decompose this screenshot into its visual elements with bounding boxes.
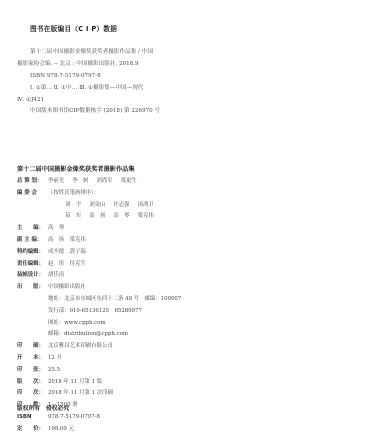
deputy-editor-label: 副 主 编：	[17, 235, 48, 247]
cip-line: ISBN 978-7-5179-0797-8	[17, 71, 177, 83]
address-row: 地址：北京市东城区东四十二条 48 号 邮编：100007	[17, 294, 217, 306]
contributing-editor: 成丕德 郭子瑞	[48, 247, 86, 259]
committee-members-row: 苗 实高 扬高 琴梁克伟	[17, 211, 217, 223]
person-name: 刘 宇	[65, 200, 81, 212]
sheets-label: 印 张：	[17, 365, 48, 377]
sheets: 25.5	[48, 365, 60, 377]
person-name: 梁克伟	[138, 211, 154, 223]
printer-label: 印 刷：	[17, 341, 48, 353]
chief-editor-label: 主 编：	[17, 223, 48, 235]
committee-label: 编 委 会	[17, 188, 48, 200]
planners-row: 总 策 划： 李前光李 舸刘尚军郑更生	[17, 176, 217, 188]
copyright-notice: 版权所有 侵权必究	[17, 403, 69, 412]
website-row: 网址：www.cpph.com	[17, 318, 217, 330]
cip-line: 第十二届中国摄影金像奖获奖者摄影作品集 / 中国	[17, 47, 177, 59]
isbn-label: ISBN	[17, 412, 48, 424]
cip-heading: 图书在版编目（C I P）数据	[30, 23, 117, 33]
cip-data-block: 第十二届中国摄影金像奖获奖者摄影作品集 / 中国 摄影家协会编. -- 北京 :…	[17, 47, 177, 118]
person-name: 高 琴	[113, 211, 129, 223]
person-name: 郑更生	[121, 176, 137, 188]
printer: 北京雅昌艺术印刷有限公司	[48, 341, 113, 353]
impression: 2018 年 11 月第 1 次印刷	[48, 388, 113, 400]
responsible-editor-label: 责任编辑：	[17, 259, 48, 271]
chief-editor-row: 主 编： 高 琴	[17, 223, 217, 235]
person-name: 许志强	[113, 200, 129, 212]
cip-line: 中国版本图书馆CIP数据核字 (2018) 第 226970 号	[17, 106, 177, 118]
deputy-editor-row: 副 主 编： 高 扬 梁克伟	[17, 235, 217, 247]
price-row: 定 价： 198.00 元	[17, 424, 217, 436]
deputy-editor: 高 扬 梁克伟	[48, 235, 86, 247]
impression-label: 印 次：	[17, 388, 48, 400]
sheets-row: 印 张： 25.5	[17, 365, 217, 377]
price: 198.00 元	[48, 424, 74, 436]
price-label: 定 价：	[17, 424, 48, 436]
printer-row: 印 刷： 北京雅昌艺术印刷有限公司	[17, 341, 217, 353]
publisher-row: 出 版： 中国摄影出版社	[17, 282, 217, 294]
format-label: 开 本：	[17, 353, 48, 365]
committee-row: 编 委 会 （按姓氏笔画排序）：	[17, 188, 217, 200]
contributing-editor-row: 特约编辑： 成丕德 郭子瑞	[17, 247, 217, 259]
cip-line: Ⅳ. ①J421	[17, 95, 177, 107]
responsible-editor-row: 责任编辑： 赵 彤 付克生	[17, 259, 217, 271]
person-name: 李 舸	[72, 176, 88, 188]
responsible-editor: 赵 彤 付克生	[48, 259, 86, 271]
planners-names: 李前光李 舸刘尚军郑更生	[48, 176, 145, 188]
book-title: 第十二届中国摄影金像奖获奖者摄影作品集	[17, 164, 135, 173]
person-name: 高 扬	[89, 211, 105, 223]
isbn: 978-7-5179-0797-8	[48, 412, 100, 424]
person-name: 汤鸿卫	[138, 200, 154, 212]
cip-line: 摄影家协会编. -- 北京 : 中国摄影出版社, 2018.9	[17, 59, 177, 71]
publisher: 中国摄影出版社	[48, 282, 86, 294]
format: 12 开	[48, 353, 62, 365]
person-name: 苗 实	[65, 211, 81, 223]
person-name: 刘金山	[89, 200, 105, 212]
committee-members-row: 刘 宇刘金山许志强汤鸿卫	[17, 200, 217, 212]
impression-row: 印 次： 2018 年 11 月第 1 次印刷	[17, 388, 217, 400]
person-name: 李前光	[48, 176, 64, 188]
planners-label: 总 策 划：	[17, 176, 48, 188]
cip-line: Ⅰ. ①第… Ⅱ. ①中… Ⅲ. ①摄影集—中国—现代	[17, 83, 177, 95]
edition: 2018 年 11 月第 1 版	[48, 377, 102, 389]
email-row: 邮箱：distribution@cpph.com	[17, 329, 217, 341]
committee-note: （按姓氏笔画排序）：	[48, 188, 99, 200]
colophon-block: 总 策 划： 李前光李 舸刘尚军郑更生 编 委 会 （按姓氏笔画排序）： 刘 宇…	[17, 176, 217, 436]
chief-editor: 高 琴	[48, 223, 64, 235]
copyright-page: 图书在版编目（C I P）数据 第十二届中国摄影金像奖获奖者摄影作品集 / 中国…	[0, 0, 375, 446]
format-row: 开 本： 12 开	[17, 353, 217, 365]
edition-row: 版 次： 2018 年 11 月第 1 版	[17, 377, 217, 389]
publisher-label: 出 版：	[17, 282, 48, 294]
edition-label: 版 次：	[17, 377, 48, 389]
person-name: 刘尚军	[96, 176, 112, 188]
design-row: 装帧设计： 胡佳南	[17, 270, 217, 282]
contributing-editor-label: 特约编辑：	[17, 247, 48, 259]
designer: 胡佳南	[48, 270, 64, 282]
phone-row: 发行部：010-65136125 65280977	[17, 306, 217, 318]
design-label: 装帧设计：	[17, 270, 48, 282]
isbn-row: ISBN 978-7-5179-0797-8	[17, 412, 217, 424]
